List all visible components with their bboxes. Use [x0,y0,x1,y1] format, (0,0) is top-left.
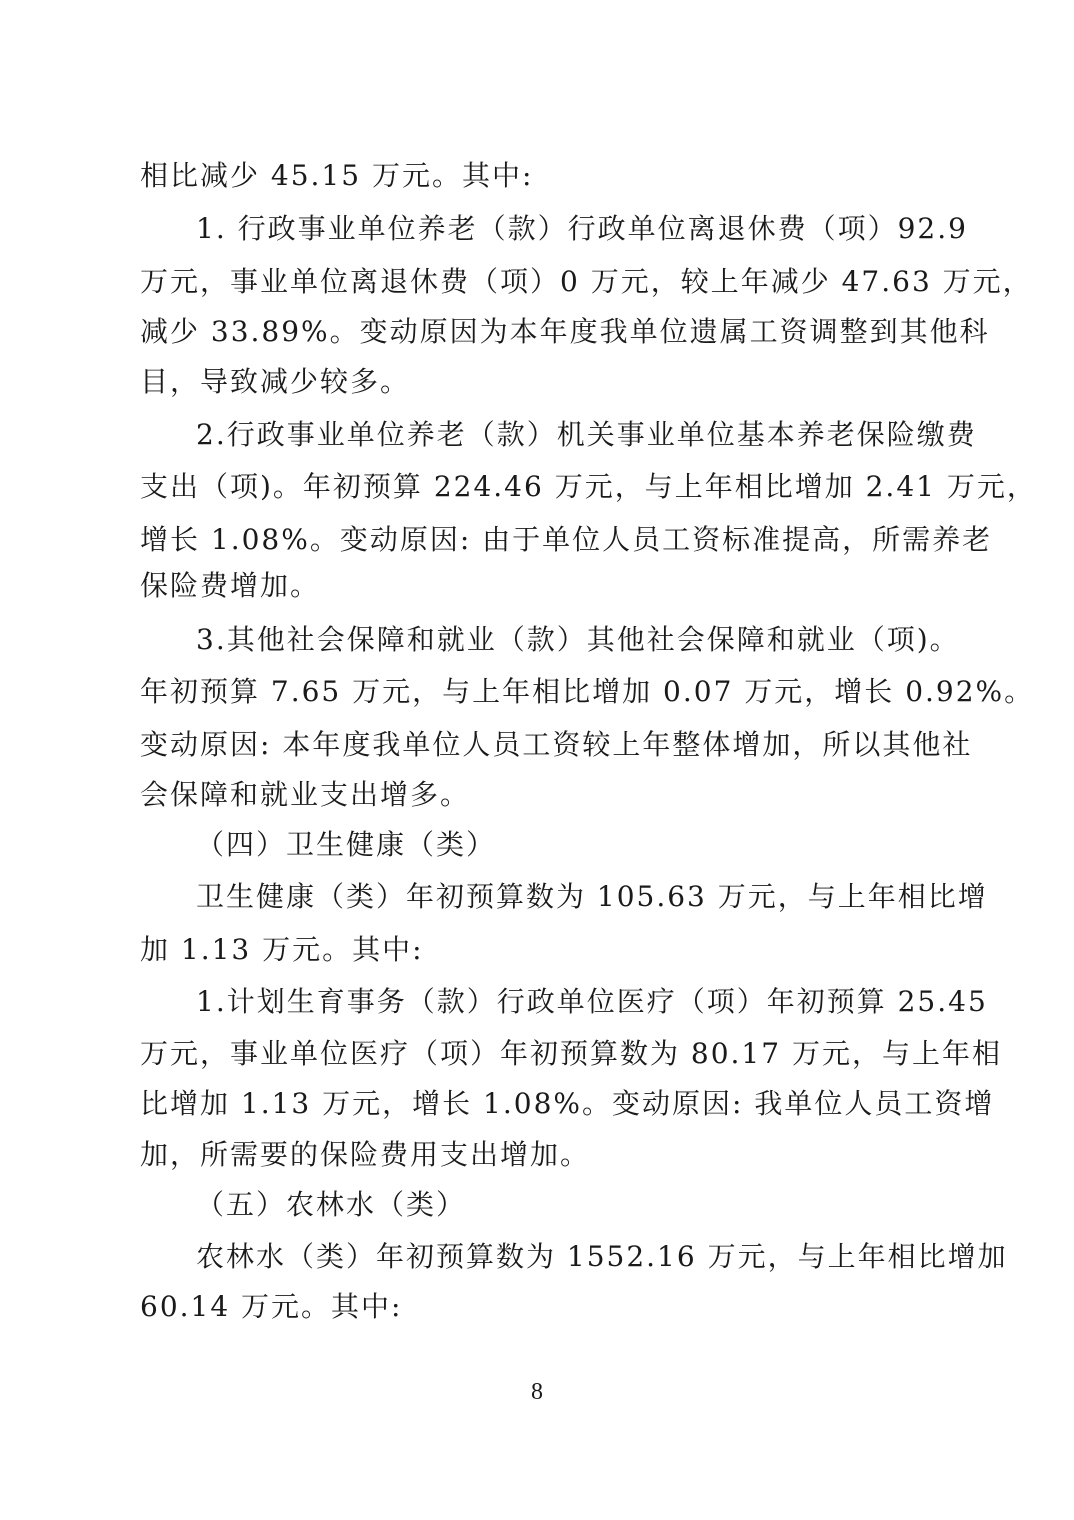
paragraph-line: 万元，事业单位医疗（项）年初预算数为 80.17 万元，与上年相 [140,1034,940,1074]
paragraph-line: 变动原因: 本年度我单位人员工资较上年整体增加，所以其他社 [140,725,940,765]
section-heading-agriculture: （五）农林水（类） [196,1185,466,1225]
paragraph-line: 农林水（类）年初预算数为 1552.16 万元，与上年相比增加 [196,1237,940,1277]
paragraph-line: 保险费增加。 [140,566,940,606]
paragraph-line: 增长 1.08%。变动原因: 由于单位人员工资标准提高，所需养老 [140,520,940,560]
paragraph-line: 万元，事业单位离退休费（项）0 万元，较上年减少 47.63 万元， [140,262,940,302]
paragraph-line: 卫生健康（类）年初预算数为 105.63 万元，与上年相比增 [196,877,940,917]
paragraph-line: 减少 33.89%。变动原因为本年度我单位遗属工资调整到其他科 [140,312,940,352]
paragraph-line: 加 1.13 万元。其中: [140,930,940,970]
paragraph-line: 比增加 1.13 万元，增长 1.08%。变动原因: 我单位人员工资增 [140,1084,940,1124]
document-page: 相比减少 45.15 万元。其中: 1. 行政事业单位养老（款）行政单位离退休费… [0,0,1074,1520]
paragraph-line: 加，所需要的保险费用支出增加。 [140,1135,940,1175]
paragraph-line: 3.其他社会保障和就业（款）其他社会保障和就业（项)。 [196,620,940,660]
section-heading-health: （四）卫生健康（类） [196,825,496,865]
page-number: 8 [0,1374,1074,1410]
paragraph-line: 目，导致减少较多。 [140,362,940,402]
paragraph-line: 60.14 万元。其中: [140,1287,940,1327]
paragraph-line: 1. 行政事业单位养老（款）行政单位离退休费（项）92.9 [196,209,940,249]
paragraph-line: 相比减少 45.15 万元。其中: [140,156,940,196]
paragraph-line: 会保障和就业支出增多。 [140,775,940,815]
paragraph-line: 支出（项)。年初预算 224.46 万元，与上年相比增加 2.41 万元， [140,467,940,507]
paragraph-line: 年初预算 7.65 万元，与上年相比增加 0.07 万元，增长 0.92%。 [140,672,940,712]
paragraph-line: 1.计划生育事务（款）行政单位医疗（项）年初预算 25.45 [196,982,940,1022]
paragraph-line: 2.行政事业单位养老（款）机关事业单位基本养老保险缴费 [196,415,940,455]
